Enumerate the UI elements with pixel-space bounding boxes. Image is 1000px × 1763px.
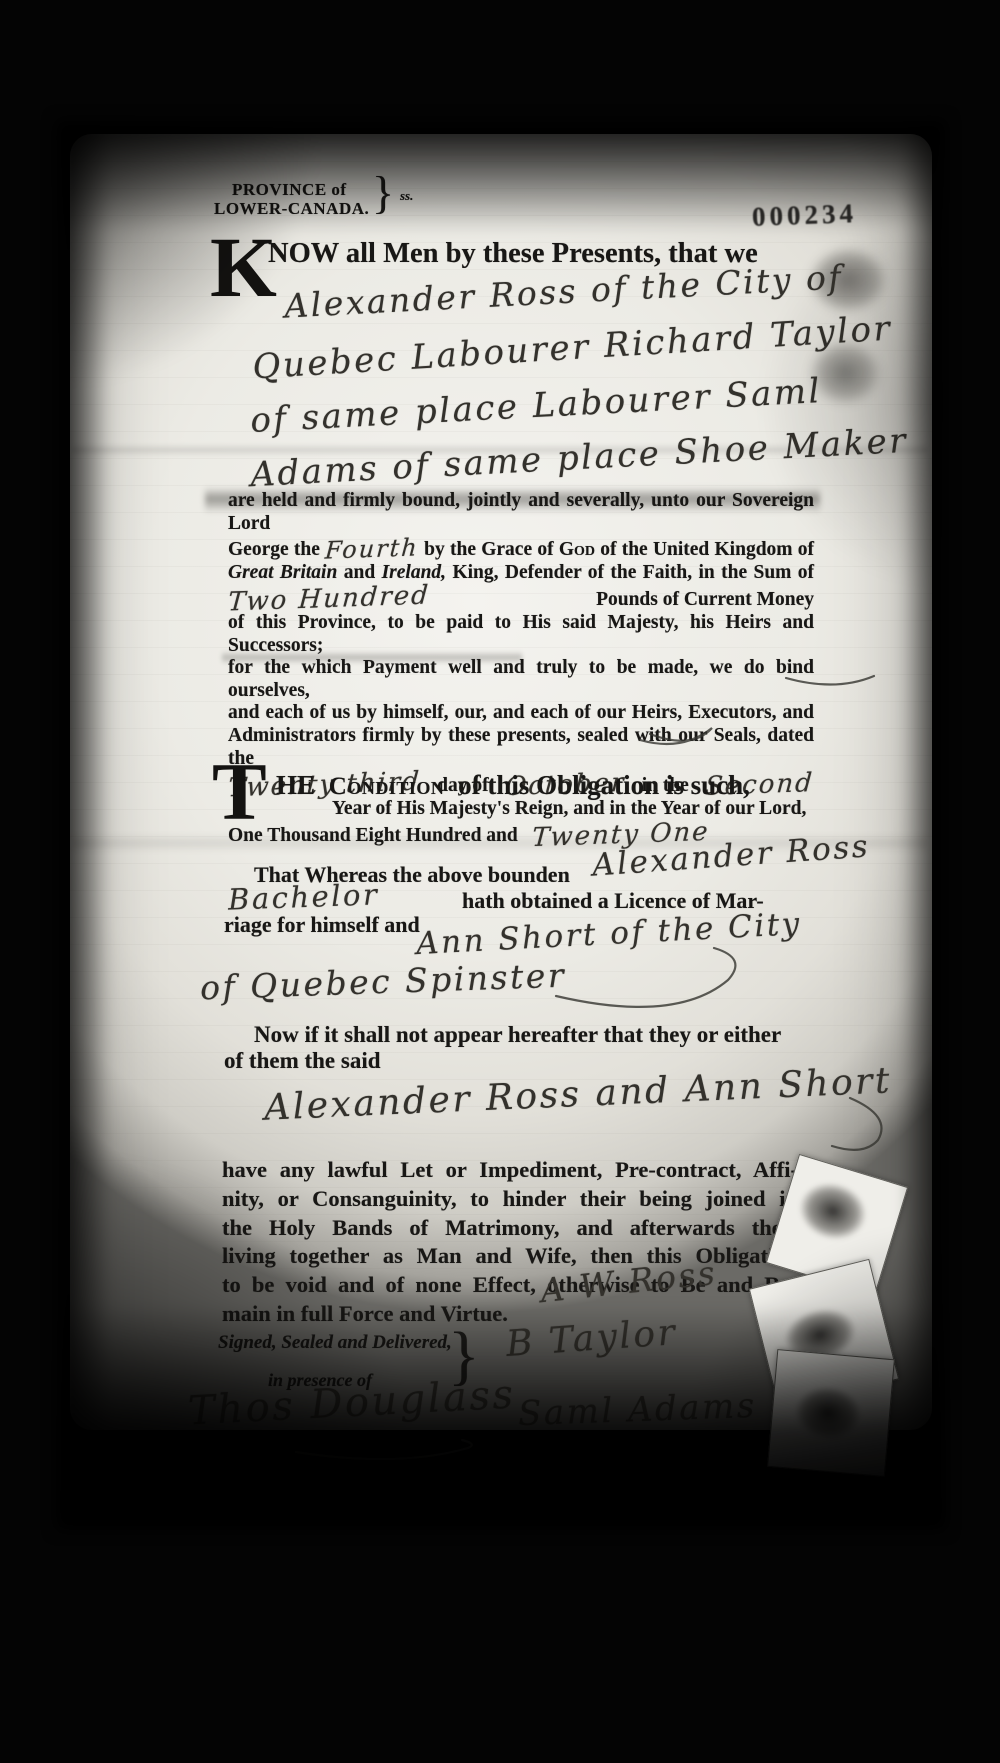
- condition-heading-pre: HE: [276, 770, 315, 800]
- bond-text-italic: Great Britain: [228, 562, 337, 583]
- serial-number-stamp: 000234: [751, 198, 857, 233]
- bond-text-italic: Ireland,: [382, 562, 446, 583]
- condition-heading: HE Condition of this Obligation is such,: [276, 770, 757, 801]
- bond-line: Two Hundred Pounds of Current Money: [228, 584, 814, 612]
- ss-abbreviation: ss.: [400, 188, 413, 204]
- bond-line: Great Britain and Ireland, King, Defende…: [228, 562, 814, 585]
- dropcap-k: K: [210, 234, 277, 301]
- province-heading-line2: LOWER-CANADA.: [214, 199, 369, 219]
- closing-paragraph: have any lawful Let or Impediment, Pre-c…: [222, 1156, 798, 1329]
- bond-text: Pounds of Current Money: [596, 589, 814, 612]
- signature-surety2: Saml Adams: [517, 1386, 757, 1434]
- handwritten-bachelor: Bachelor: [227, 877, 379, 916]
- closing-line: nity, or Consanguinity, to hinder their …: [222, 1185, 798, 1214]
- dropcap-t: T: [212, 760, 267, 824]
- condition-heading-smallcaps: Condition: [329, 773, 445, 800]
- now-if-line1: Now if it shall not appear hereafter tha…: [254, 1022, 781, 1048]
- closing-line: have any lawful Let or Impediment, Pre-c…: [222, 1156, 798, 1185]
- closing-line: the Holy Bands of Matrimony, and afterwa…: [222, 1214, 798, 1243]
- bond-text: by the Grace of: [424, 539, 553, 560]
- bond-line: for the which Payment well and truly to …: [228, 657, 814, 702]
- bond-text: and: [344, 562, 375, 583]
- seal-ink-blot: [780, 1164, 885, 1259]
- bond-text: of the United Kingdom of: [600, 539, 814, 560]
- bond-text: George the: [228, 539, 320, 560]
- bond-line: are held and firmly bound, jointly and s…: [228, 490, 814, 535]
- brace-glyph: }: [372, 166, 394, 219]
- scanned-document-frame: PROVINCE of LOWER-CANADA. } ss. 000234 K…: [0, 0, 1000, 1763]
- condition-heading-post: of this Obligation is such,: [458, 770, 750, 800]
- riage-line: riage for himself and: [224, 912, 420, 938]
- attestation-line1: Signed, Sealed and Delivered,: [218, 1332, 452, 1354]
- handwritten-sum: Two Hundred: [227, 583, 431, 616]
- bond-text: One Thousand Eight Hundred and: [228, 825, 518, 848]
- province-heading-line1: PROVINCE of: [232, 180, 347, 200]
- bond-text: King, Defender of the Faith, in the Sum …: [452, 562, 814, 583]
- now-if-line2: of them the said: [224, 1048, 381, 1074]
- handwritten-regnal-name: Fourth: [324, 536, 419, 563]
- seal-ink-blot: [782, 1375, 874, 1450]
- wafer-seal: [767, 1349, 895, 1477]
- bond-line: George the Fourth by the Grace of God of…: [228, 535, 814, 562]
- bond-line: Administrators firmly by these presents,…: [228, 725, 814, 770]
- bond-text-god: God: [559, 539, 595, 560]
- flourish-stroke: [296, 1440, 472, 1459]
- bond-line: of this Province, to be paid to His said…: [228, 612, 814, 657]
- bond-line: and each of us by himself, our, and each…: [228, 702, 814, 725]
